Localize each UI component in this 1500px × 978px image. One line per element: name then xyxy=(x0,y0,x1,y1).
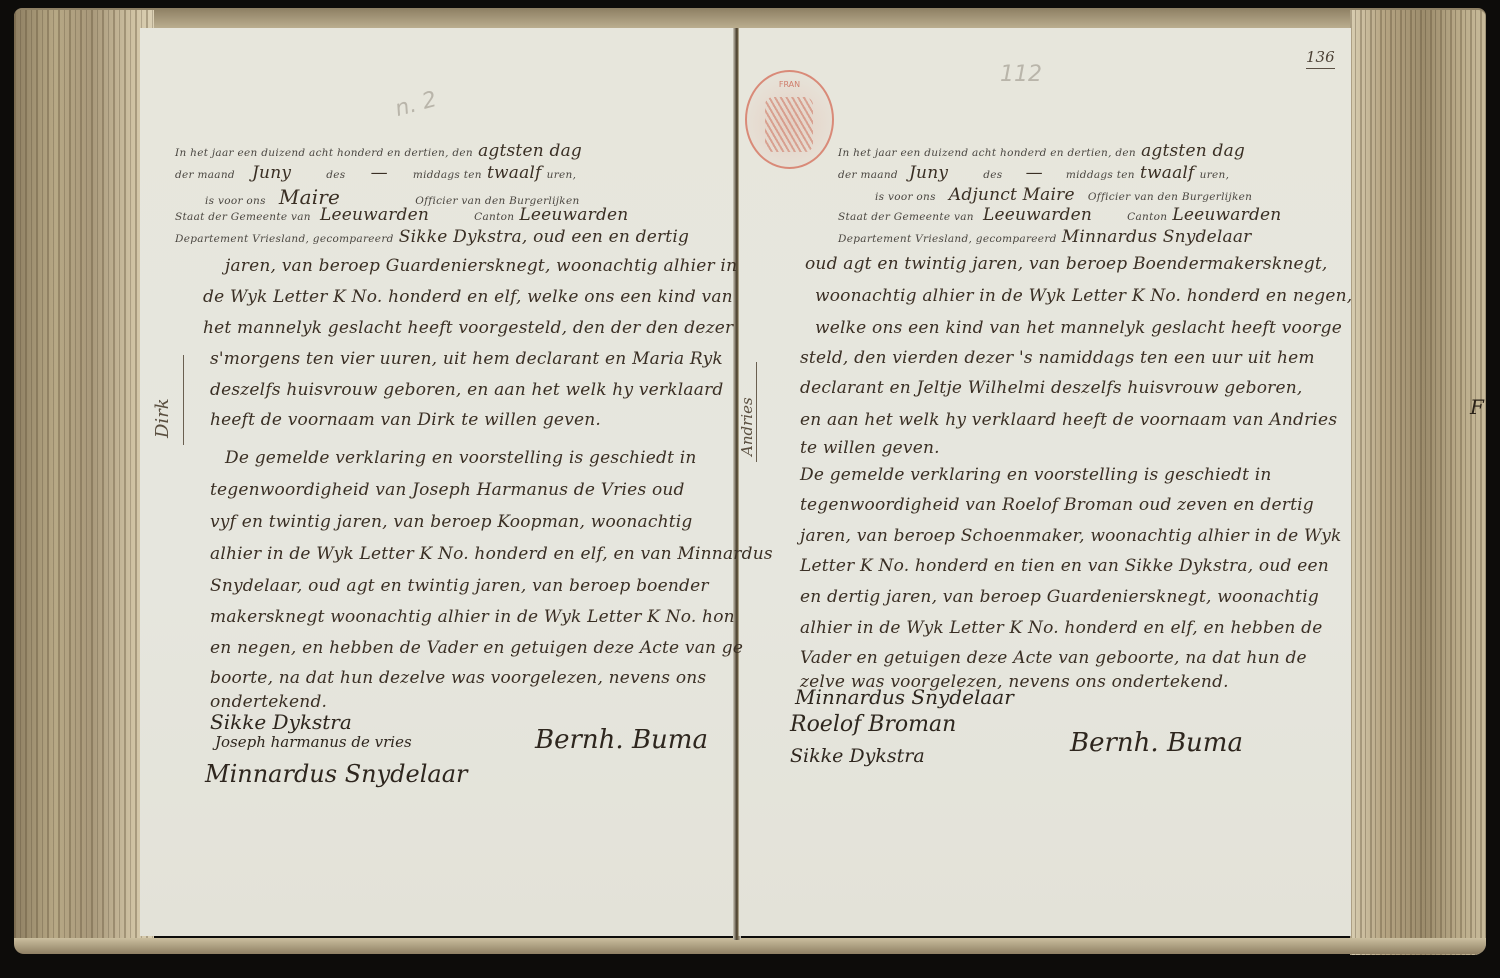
left-body-line: alhier in de Wyk Letter K No. honderd en… xyxy=(210,544,773,564)
signature-father: Sikke Dykstra xyxy=(210,710,352,734)
left-form-line-4: Staat der Gemeente van Leeuwarden Canton… xyxy=(175,205,628,225)
left-body-line: makersknegt woonachtig alhier in de Wyk … xyxy=(210,607,735,627)
handwritten-declarant: Minnardus Snydelaar xyxy=(1062,227,1252,247)
right-body-line: jaren, van beroep Schoenmaker, woonachti… xyxy=(800,526,1342,546)
signature-witness-1: Joseph harmanus de vries xyxy=(215,733,412,751)
handwritten-municipality: Leeuwarden xyxy=(983,205,1092,225)
right-form-line-2: der maand Juny des — middags ten twaalf … xyxy=(838,163,1229,183)
left-body-line: De gemelde verklaring en voorstelling is… xyxy=(225,448,697,468)
book-right-page-edges xyxy=(1350,10,1486,955)
left-body-line: heeft de voornaam van Dirk te willen gev… xyxy=(210,410,601,430)
right-body-line: woonachtig alhier in de Wyk Letter K No.… xyxy=(815,286,1352,306)
printed-text: Departement Vriesland, gecompareerd xyxy=(838,233,1057,245)
left-body-line: jaren, van beroep Guardeniersknegt, woon… xyxy=(225,256,737,276)
right-body-line: en dertig jaren, van beroep Guardeniersk… xyxy=(800,587,1319,607)
right-margin-child-name: Andries xyxy=(738,397,756,456)
printed-text: Staat der Gemeente van xyxy=(175,211,311,223)
printed-text: Departement Vriesland, gecompareerd xyxy=(175,233,394,245)
left-margin-child-name: Dirk xyxy=(152,398,173,438)
left-body-line: deszelfs huisvrouw geboren, en aan het w… xyxy=(210,380,723,400)
printed-text: der maand xyxy=(175,169,235,181)
printed-text: uren, xyxy=(1200,169,1230,181)
left-body-line: het mannelyk geslacht heeft voorgesteld,… xyxy=(203,318,733,338)
left-body-line: de Wyk Letter K No. honderd en elf, welk… xyxy=(203,287,733,307)
signature-father: Minnardus Snydelaar xyxy=(795,685,1014,709)
handwritten-declarant: Sikke Dykstra, oud een en dertig xyxy=(399,227,689,247)
right-form-line-4: Staat der Gemeente van Leeuwarden Canton… xyxy=(838,205,1281,225)
right-form-line-5: Departement Vriesland, gecompareerd Minn… xyxy=(838,227,1252,247)
left-body-line: en negen, en hebben de Vader en getuigen… xyxy=(210,638,743,658)
handwritten-municipality: Leeuwarden xyxy=(320,205,429,225)
printed-text: des xyxy=(326,169,345,181)
handwritten-month: Juny xyxy=(909,163,948,183)
left-body-line: s'morgens ten vier uuren, uit hem declar… xyxy=(210,349,723,369)
handwritten-month: Juny xyxy=(252,163,291,183)
printed-text: middags ten xyxy=(1066,169,1135,181)
right-form-line-1: In het jaar een duizend acht honderd en … xyxy=(838,141,1245,161)
stamp-figures-icon xyxy=(765,97,813,152)
left-form-line-2: der maand Juny des — middags ten twaalf … xyxy=(175,163,576,183)
signature-witness-1: Roelof Broman xyxy=(790,712,956,737)
left-body-line: vyf en twintig jaren, van beroep Koopman… xyxy=(210,512,692,532)
red-seal-stamp: FRAN xyxy=(745,70,834,169)
signature-witness-2: Sikke Dykstra xyxy=(790,745,925,767)
right-form-line-3: is voor ons Adjunct Maire Officier van d… xyxy=(875,185,1252,205)
book-left-page-edges xyxy=(14,10,154,950)
right-body-line: Letter K No. honderd en tien en van Sikk… xyxy=(800,556,1329,576)
printed-text: middags ten xyxy=(413,169,482,181)
right-body-line: welke ons een kind van het mannelyk gesl… xyxy=(815,318,1342,338)
margin-rule xyxy=(756,362,757,462)
signature-witness-2: Minnardus Snydelaar xyxy=(205,760,468,788)
signature-officer: Bernh. Buma xyxy=(535,725,708,755)
handwritten-date: agtsten dag xyxy=(478,141,582,161)
margin-rule xyxy=(183,355,184,445)
left-body-line: Snydelaar, oud agt en twintig jaren, van… xyxy=(210,576,709,596)
book-top-edge xyxy=(14,8,1486,30)
right-body-line: alhier in de Wyk Letter K No. honderd en… xyxy=(800,618,1322,638)
printed-text: Canton xyxy=(474,211,514,223)
signature-officer: Bernh. Buma xyxy=(1070,728,1243,758)
right-pencil-note: 112 xyxy=(1000,62,1042,87)
right-body-line: De gemelde verklaring en voorstelling is… xyxy=(800,465,1272,485)
printed-text: des xyxy=(983,169,1002,181)
page-number: 136 xyxy=(1306,48,1335,69)
left-body-line: ondertekend. xyxy=(210,692,327,712)
book-bottom-edge xyxy=(14,938,1486,954)
printed-text: Staat der Gemeente van xyxy=(838,211,974,223)
printed-text: In het jaar een duizend acht honderd en … xyxy=(838,147,1136,159)
handwritten-date: agtsten dag xyxy=(1141,141,1245,161)
printed-text: Canton xyxy=(1127,211,1167,223)
right-body-line: steld, den vierden dezer 's namiddags te… xyxy=(800,348,1315,368)
printed-text: der maand xyxy=(838,169,898,181)
printed-text: is voor ons xyxy=(875,191,936,203)
edge-mark: F xyxy=(1470,395,1484,419)
right-body-line: declarant en Jeltje Wilhelmi deszelfs hu… xyxy=(800,378,1303,398)
handwritten-canton: Leeuwarden xyxy=(1172,205,1281,225)
stamp-text: FRAN xyxy=(747,80,832,89)
right-body-line: tegenwoordigheid van Roelof Broman oud z… xyxy=(800,495,1314,515)
right-body-line: oud agt en twintig jaren, van beroep Boe… xyxy=(805,254,1327,274)
left-form-line-5: Departement Vriesland, gecompareerd Sikk… xyxy=(175,227,689,247)
handwritten-hour: twaalf xyxy=(487,163,542,183)
left-form-line-1: In het jaar een duizend acht honderd en … xyxy=(175,141,582,161)
left-body-line: tegenwoordigheid van Joseph Harmanus de … xyxy=(210,480,685,500)
handwritten-hour: twaalf xyxy=(1140,163,1195,183)
left-body-line: boorte, na dat hun dezelve was voorgelez… xyxy=(210,668,706,688)
right-body-line: te willen geven. xyxy=(800,438,940,458)
printed-text: Officier van den Burgerlijken xyxy=(1088,191,1252,203)
printed-text: uren, xyxy=(547,169,577,181)
handwritten-canton: Leeuwarden xyxy=(519,205,628,225)
handwritten-officer-title: Adjunct Maire xyxy=(949,185,1075,205)
printed-text: In het jaar een duizend acht honderd en … xyxy=(175,147,473,159)
right-body-line: Vader en getuigen deze Acte van geboorte… xyxy=(800,648,1307,668)
right-body-line: en aan het welk hy verklaard heeft de vo… xyxy=(800,410,1337,430)
